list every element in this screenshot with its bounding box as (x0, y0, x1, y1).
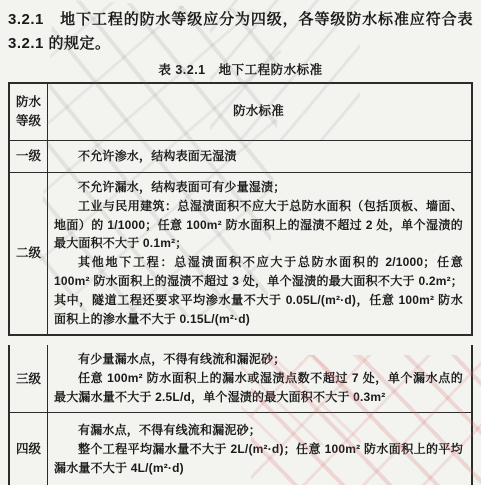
grade-column-header: 防水 等级 (10, 84, 48, 140)
grade-4-label: 四级 (10, 413, 48, 485)
document-page: 3.2.1 地下工程的防水等级应分为四级，各等级防水标准应符合表 3.2.1 的… (0, 0, 481, 485)
grade-2-standard: 不允许漏水，结构表面可有少量湿渍； 工业与民用建筑：总湿渍面积不应大于总防水面积… (48, 173, 471, 335)
grade-3-label: 三级 (10, 345, 48, 412)
grade-4-paragraph-1: 有漏水点，不得有线流和漏泥砂； (54, 421, 463, 440)
waterproof-standard-table-part2: 三级 有少量漏水点，不得有线流和漏泥砂； 任意 100m² 防水面积上的漏水或湿… (8, 345, 473, 485)
grade-header-line2: 等级 (16, 112, 41, 130)
grade-3-standard: 有少量漏水点，不得有线流和漏泥砂； 任意 100m² 防水面积上的漏水或湿渍点数… (48, 345, 471, 412)
table-page-break-gap (8, 336, 473, 345)
grade-header-line1: 防水 (16, 93, 41, 111)
table-row-grade-1: 一级 不允许渗水，结构表面无湿渍 (10, 140, 471, 172)
grade-1-paragraph-1: 不允许渗水，结构表面无湿渍 (54, 147, 463, 166)
table-caption: 表 3.2.1 地下工程防水标准 (8, 60, 473, 78)
grade-4-paragraph-2: 整个工程平均漏水量不大于 2L/(m²·d)；任意 100m² 防水面积上的平均… (54, 440, 463, 478)
clause-heading: 3.2.1 地下工程的防水等级应分为四级，各等级防水标准应符合表 3.2.1 的… (8, 8, 473, 57)
grade-1-standard: 不允许渗水，结构表面无湿渍 (48, 141, 471, 172)
table-row-grade-2: 二级 不允许漏水，结构表面可有少量湿渍； 工业与民用建筑：总湿渍面积不应大于总防… (10, 172, 471, 335)
table-row-grade-4: 四级 有漏水点，不得有线流和漏泥砂； 整个工程平均漏水量不大于 2L/(m²·d… (10, 412, 471, 485)
grade-2-paragraph-3: 其他地下工程：总湿渍面积不应大于总防水面积的 2/1000；任意 100m² 防… (54, 253, 463, 329)
standard-header-label: 防水标准 (233, 102, 284, 122)
grade-2-paragraph-2: 工业与民用建筑：总湿渍面积不应大于总防水面积（包括顶板、墙面、地面）的 1/10… (54, 197, 463, 254)
table-header-row: 防水 等级 防水标准 (10, 84, 471, 140)
grade-4-standard: 有漏水点，不得有线流和漏泥砂； 整个工程平均漏水量不大于 2L/(m²·d)；任… (48, 413, 471, 485)
standard-column-header: 防水标准 (48, 84, 471, 140)
grade-3-paragraph-2: 任意 100m² 防水面积上的漏水或湿渍点数不超过 7 处，单个漏水点的最大漏水… (54, 369, 463, 407)
grade-2-label: 二级 (10, 173, 48, 335)
grade-2-paragraph-1: 不允许漏水，结构表面可有少量湿渍； (54, 178, 463, 197)
grade-1-label: 一级 (10, 141, 48, 172)
grade-3-paragraph-1: 有少量漏水点，不得有线流和漏泥砂； (54, 350, 463, 369)
waterproof-standard-table-part1: 防水 等级 防水标准 一级 不允许渗水，结构表面无湿渍 二级 不允许漏水，结构表… (8, 82, 473, 337)
table-row-grade-3: 三级 有少量漏水点，不得有线流和漏泥砂； 任意 100m² 防水面积上的漏水或湿… (10, 345, 471, 412)
